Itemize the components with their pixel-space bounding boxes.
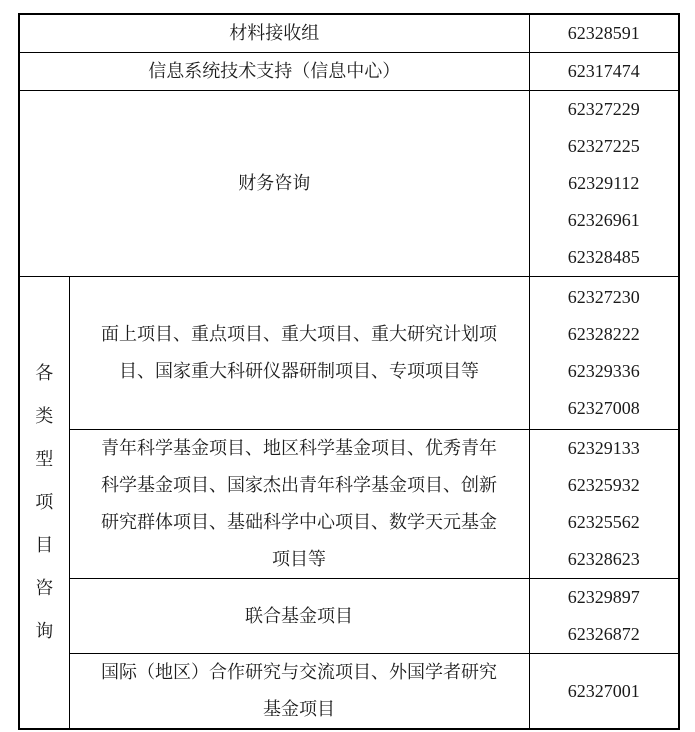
phone-numbers: 62329897 62326872: [529, 579, 679, 654]
document-page: 材料接收组 62328591 信息系统技术支持（信息中心） 62317474 财…: [0, 0, 695, 732]
table-row: 联合基金项目 62329897 62326872: [19, 579, 679, 654]
table-row: 材料接收组 62328591: [19, 14, 679, 53]
project-type-joint-fund: 联合基金项目: [69, 579, 529, 654]
table-row: 国际（地区）合作研究与交流项目、外国学者研究 基金项目 62327001: [19, 654, 679, 730]
phone-numbers: 62317474: [529, 53, 679, 91]
table-row: 财务咨询 62327229 62327225 62329112 62326961…: [19, 91, 679, 277]
phone-numbers: 62327229 62327225 62329112 62326961 6232…: [529, 91, 679, 277]
project-type-international-cooperation: 国际（地区）合作研究与交流项目、外国学者研究 基金项目: [69, 654, 529, 730]
table-row: 各 类 型 项 目 咨 询 面上项目、重点项目、重大项目、重大研究计划项 目、国…: [19, 277, 679, 430]
phone-numbers: 62329133 62325932 62325562 62328623: [529, 430, 679, 579]
project-type-general-key-major: 面上项目、重点项目、重大项目、重大研究计划项 目、国家重大科研仪器研制项目、专项…: [69, 277, 529, 430]
dept-name-finance-consult: 财务咨询: [19, 91, 529, 277]
dept-name-info-system-support: 信息系统技术支持（信息中心）: [19, 53, 529, 91]
phone-numbers: 62328591: [529, 14, 679, 53]
table-row: 信息系统技术支持（信息中心） 62317474: [19, 53, 679, 91]
project-type-youth-science-fund: 青年科学基金项目、地区科学基金项目、优秀青年 科学基金项目、国家杰出青年科学基金…: [69, 430, 529, 579]
table-row: 青年科学基金项目、地区科学基金项目、优秀青年 科学基金项目、国家杰出青年科学基金…: [19, 430, 679, 579]
group-label-project-consult-vertical: 各 类 型 项 目 咨 询: [19, 277, 69, 730]
phone-numbers: 62327001: [529, 654, 679, 730]
contact-phone-table: 材料接收组 62328591 信息系统技术支持（信息中心） 62317474 财…: [18, 13, 680, 730]
dept-name-material-receiving: 材料接收组: [19, 14, 529, 53]
phone-numbers: 62327230 62328222 62329336 62327008: [529, 277, 679, 430]
